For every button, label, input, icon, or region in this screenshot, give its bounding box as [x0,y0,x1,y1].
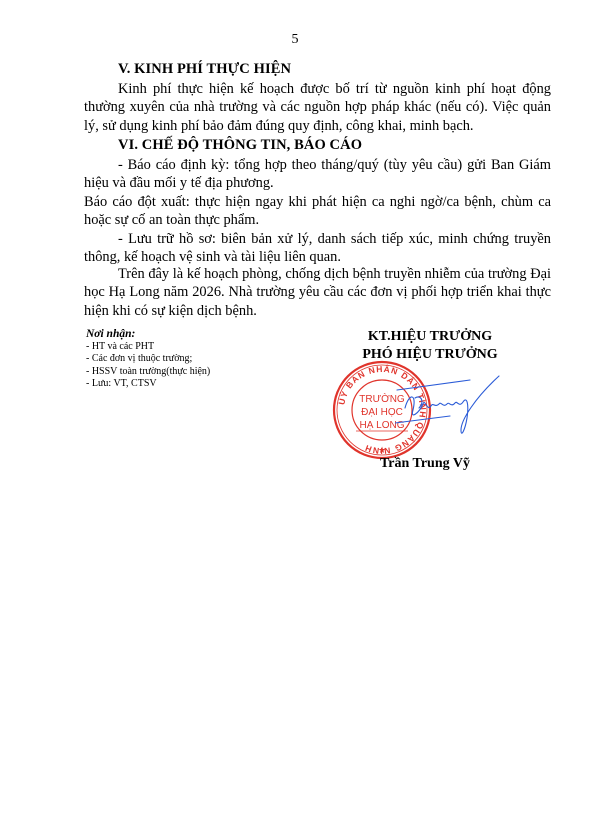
closing-body: Trên đây là kế hoạch phòng, chống dịch b… [84,265,551,320]
signer-name: Trần Trung Vỹ [380,456,470,472]
recipients-block: Nơi nhận: - HT và các PHT - Các đơn vị t… [86,328,210,391]
signature-block: KT.HIỆU TRƯỞNG PHÓ HIỆU TRƯỞNG [330,328,530,364]
page-number: 5 [0,32,590,48]
svg-text:★: ★ [378,445,386,455]
report-periodic: - Báo cáo định kỳ: tổng hợp theo tháng/q… [84,156,551,193]
section-5-body: Kinh phí thực hiện kế hoạch được bố trí … [84,80,551,135]
signature-title-1: KT.HIỆU TRƯỞNG [330,328,530,346]
section-5-paragraph: Kinh phí thực hiện kế hoạch được bố trí … [84,80,551,135]
handwritten-signature-icon [395,368,505,448]
closing-paragraph: Trên đây là kế hoạch phòng, chống dịch b… [84,265,551,320]
section-6-heading: VI. CHẾ ĐỘ THÔNG TIN, BÁO CÁO [118,137,362,154]
recipient-item: - HT và các PHT [86,341,210,353]
recipient-item: - Lưu: VT, CTSV [86,378,210,390]
recipients-title: Nơi nhận: [86,328,210,341]
recipient-item: - Các đơn vị thuộc trường; [86,353,210,365]
report-adhoc: Báo cáo đột xuất: thực hiện ngay khi phá… [84,193,551,230]
section-5-heading: V. KINH PHÍ THỰC HIỆN [118,61,291,78]
section-6-body: - Báo cáo định kỳ: tổng hợp theo tháng/q… [84,156,551,266]
records-storage: - Lưu trữ hồ sơ: biên bản xử lý, danh sá… [84,230,551,267]
recipient-item: - HSSV toàn trường(thực hiện) [86,366,210,378]
